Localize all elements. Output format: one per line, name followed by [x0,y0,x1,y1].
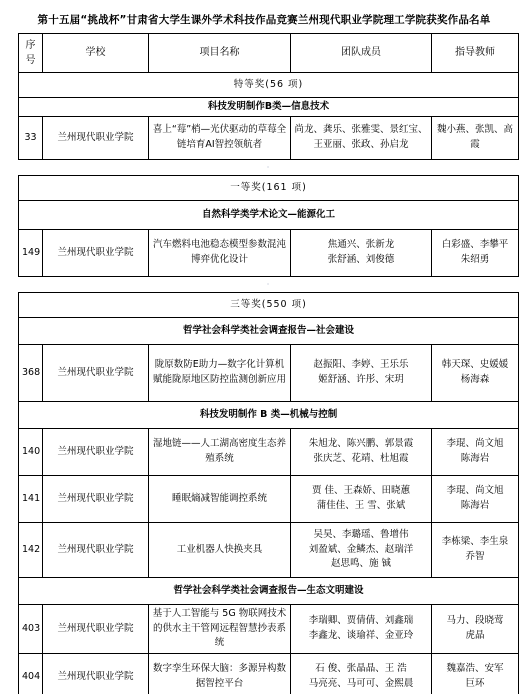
school-cell: 兰州现代职业学院 [43,654,149,694]
table-row: 368 兰州现代职业学院 陇原数防E助力—数字化计算机赋能陇原地区防控监测创新应… [19,345,519,402]
awards-table-third-prize: 三等奖(550 项) 哲学社会科学类社会调查报告—社会建设 368 兰州现代职业… [18,292,519,694]
school-cell: 兰州现代职业学院 [43,117,149,160]
category-header: 科技发明制作B类—信息技术 [19,98,519,117]
paragraph-mark: · [18,160,518,175]
award-tier-row: 三等奖(550 项) [19,293,519,318]
row-no-cell: 149 [19,230,43,277]
award-tier-row: 一等奖(161 项) [19,176,519,201]
award-tier-row: 特等奖(56 项) [19,73,519,98]
row-no-cell: 403 [19,605,43,654]
project-cell: 汽车燃料电池稳态模型参数混沌博弈优化设计 [149,230,291,277]
table-row: 404 兰州现代职业学院 数字孪生环保大脑：多源异构数据智控平台 石 俊、张晶晶… [19,654,519,694]
advisors-cell: 魏小燕、张凯、高霞 [432,117,519,160]
category-header: 哲学社会科学类社会调查报告—社会建设 [19,318,519,345]
table-row: 403 兰州现代职业学院 基于人工智能与 5G 物联网技术的供水主干管网远程智慧… [19,605,519,654]
school-cell: 兰州现代职业学院 [43,523,149,578]
advisors-cell: 韩天琛、史媛媛 杨海森 [432,345,519,402]
team-cell: 石 俊、张晶晶、王 浩 马亮亮、马可可、金熙晨 [291,654,432,694]
project-cell: 喜上“莓”梢—光伏驱动的草莓全链培育AI智控领航者 [149,117,291,160]
row-no-cell: 140 [19,429,43,476]
team-cell: 吴昊、李璐瑶、鲁增伟 刘盈斌、金鳞杰、赵瑞洋 赵思鸣、施 铖 [291,523,432,578]
column-header-advisor: 指导教师 [432,34,519,73]
category-row: 哲学社会科学类社会调查报告—生态文明建设 [19,578,519,605]
project-cell: 工业机器人快换夹具 [149,523,291,578]
project-cell: 陇原数防E助力—数字化计算机赋能陇原地区防控监测创新应用 [149,345,291,402]
team-cell: 焦通兴、张新龙 张舒涵、刘俊德 [291,230,432,277]
category-row: 哲学社会科学类社会调查报告—社会建设 [19,318,519,345]
document-title: 第十五届“挑战杯”甘肃省大学生课外学术科技作品竞赛兰州现代职业学院理工学院获奖作… [14,14,514,27]
school-cell: 兰州现代职业学院 [43,429,149,476]
school-cell: 兰州现代职业学院 [43,230,149,277]
advisors-cell: 马力、段晓莺 虎晶 [432,605,519,654]
column-header-team: 团队成员 [291,34,432,73]
table-row: 140 兰州现代职业学院 湿地链——人工湖高密度生态养殖系统 朱旭龙、陈兴鹏、郭… [19,429,519,476]
project-cell: 湿地链——人工湖高密度生态养殖系统 [149,429,291,476]
table-row: 149 兰州现代职业学院 汽车燃料电池稳态模型参数混沌博弈优化设计 焦通兴、张新… [19,230,519,277]
row-no-cell: 368 [19,345,43,402]
advisors-cell: 白彩盛、李攀平 朱绍勇 [432,230,519,277]
school-cell: 兰州现代职业学院 [43,345,149,402]
row-no-cell: 404 [19,654,43,694]
team-cell: 贾 佳、王森娇、田晓蕙 蒲佳佳、王 雪、张斌 [291,476,432,523]
category-header: 科技发明制作 B 类—机械与控制 [19,402,519,429]
advisors-cell: 魏嘉浩、安军 巨环 [432,654,519,694]
awards-table-special-prize: 序号 学校 项目名称 团队成员 指导教师 特等奖(56 项) 科技发明制作B类—… [18,33,519,160]
project-cell: 数字孪生环保大脑：多源异构数据智控平台 [149,654,291,694]
school-cell: 兰州现代职业学院 [43,476,149,523]
table-row: 141 兰州现代职业学院 睡眠熵减智能调控系统 贾 佳、王森娇、田晓蕙 蒲佳佳、… [19,476,519,523]
row-no-cell: 141 [19,476,43,523]
advisors-cell: 李琨、尚文旭 陈海岩 [432,476,519,523]
paragraph-mark: · [18,277,518,292]
awards-table-first-prize: 一等奖(161 项) 自然科学类学术论文—能源化工 149 兰州现代职业学院 汽… [18,175,519,277]
award-tier-third: 三等奖(550 项) [19,293,519,318]
document-page: 第十五届“挑战杯”甘肃省大学生课外学术科技作品竞赛兰州现代职业学院理工学院获奖作… [0,0,528,694]
school-cell: 兰州现代职业学院 [43,605,149,654]
award-tier-first: 一等奖(161 项) [19,176,519,201]
team-cell: 尚龙、龚乐、张雅雯、景红宝、王亚丽、张政、孙启龙 [291,117,432,160]
row-no-cell: 142 [19,523,43,578]
team-cell: 朱旭龙、陈兴鹏、郭景霞 张庆芝、花靖、杜旭霞 [291,429,432,476]
project-cell: 睡眠熵减智能调控系统 [149,476,291,523]
category-header: 哲学社会科学类社会调查报告—生态文明建设 [19,578,519,605]
table-row: 33 兰州现代职业学院 喜上“莓”梢—光伏驱动的草莓全链培育AI智控领航者 尚龙… [19,117,519,160]
column-header-project: 项目名称 [149,34,291,73]
award-tier-special: 特等奖(56 项) [19,73,519,98]
table-row: 142 兰州现代职业学院 工业机器人快换夹具 吴昊、李璐瑶、鲁增伟 刘盈斌、金鳞… [19,523,519,578]
category-row: 自然科学类学术论文—能源化工 [19,201,519,230]
team-cell: 李瑞卿、贾倩倩、刘鑫瑞 李鑫龙、谈瑜祥、金亚玲 [291,605,432,654]
table-header-row: 序号 学校 项目名称 团队成员 指导教师 [19,34,519,73]
category-row: 科技发明制作 B 类—机械与控制 [19,402,519,429]
category-header: 自然科学类学术论文—能源化工 [19,201,519,230]
column-header-school: 学校 [43,34,149,73]
advisors-cell: 李栋梁、李生泉 乔智 [432,523,519,578]
row-no-cell: 33 [19,117,43,160]
project-cell: 基于人工智能与 5G 物联网技术的供水主干管网远程智慧抄表系统 [149,605,291,654]
advisors-cell: 李琨、尚文旭 陈海岩 [432,429,519,476]
category-row: 科技发明制作B类—信息技术 [19,98,519,117]
column-header-no: 序号 [19,34,43,73]
team-cell: 赵振阳、李婷、王乐乐 姬舒涵、许彤、宋玥 [291,345,432,402]
